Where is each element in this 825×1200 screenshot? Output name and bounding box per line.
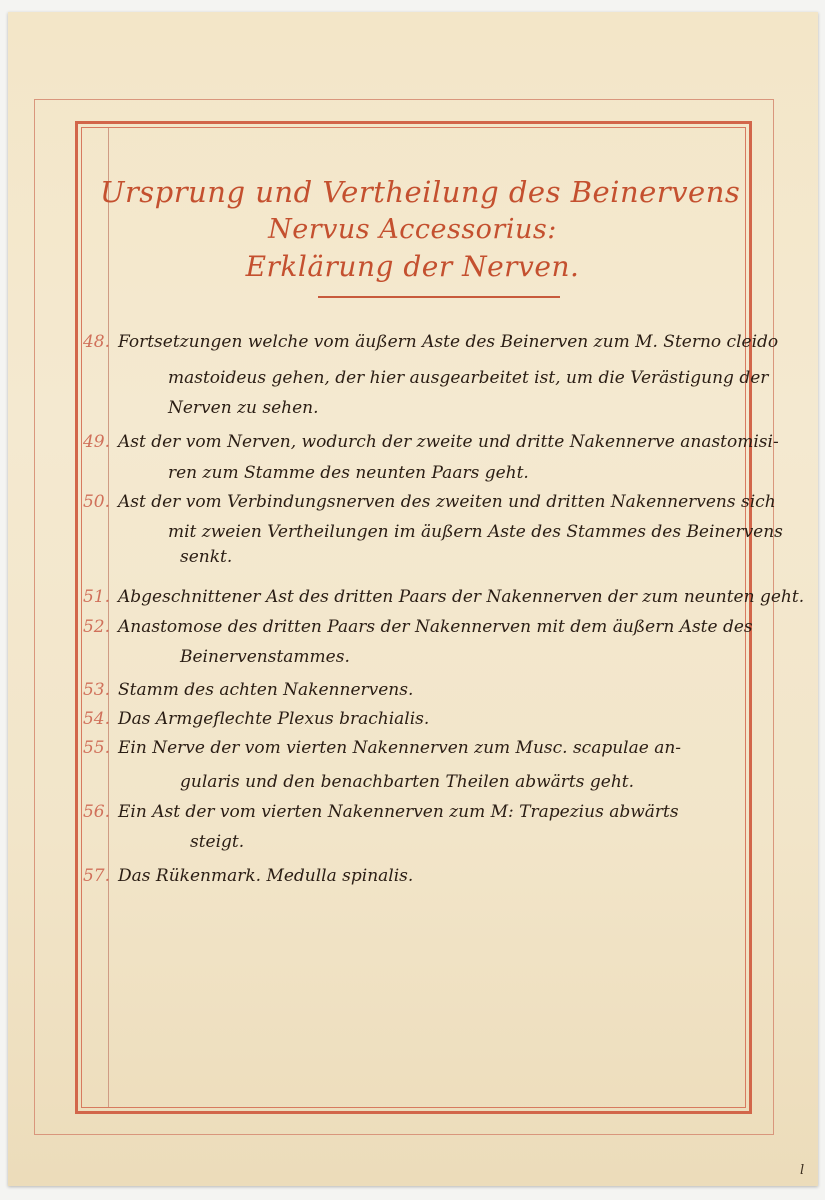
- entry-text: ren zum Stamme des neunten Paars geht.: [168, 463, 529, 483]
- entry-text: Fortsetzungen welche vom äußern Aste des…: [118, 332, 778, 352]
- entry-text: Ast der vom Nerven, wodurch der zweite u…: [118, 432, 779, 452]
- entry-text: Beinervenstammes.: [180, 647, 350, 667]
- entry-number: 56.: [82, 802, 110, 822]
- entry-text: Das Rükenmark. Medulla spinalis.: [118, 866, 413, 886]
- title-line-1: Ursprung und Vertheilung des Beinervens: [100, 175, 725, 209]
- entry-text: Stamm des achten Nakennervens.: [118, 680, 413, 700]
- title-underline: [318, 296, 560, 298]
- entry-text: steigt.: [190, 832, 244, 852]
- entry-text: mastoideus gehen, der hier ausgearbeitet…: [168, 368, 768, 388]
- title-line-2: Nervus Accessorius:: [100, 214, 725, 245]
- entry-text: mit zweien Vertheilungen im äußern Aste …: [168, 522, 783, 542]
- entry-number: 48.: [82, 332, 110, 352]
- entry-number: 49.: [82, 432, 110, 452]
- entry-number: 50.: [82, 492, 110, 512]
- entry-text: Anastomose des dritten Paars der Nakenne…: [118, 617, 753, 637]
- entry-text: gularis und den benachbarten Theilen abw…: [180, 772, 634, 792]
- entry-text: Ein Ast der vom vierten Nakennerven zum …: [118, 802, 679, 822]
- title-line-3: Erklärung der Nerven.: [100, 250, 725, 283]
- entry-text: senkt.: [180, 547, 232, 567]
- entry-number: 54.: [82, 709, 110, 729]
- folio-mark: l: [800, 1163, 804, 1178]
- entry-number: 55.: [82, 738, 110, 758]
- entry-number: 57.: [82, 866, 110, 886]
- entry-text: Ast der vom Verbindungsnerven des zweite…: [118, 492, 776, 512]
- entry-text: Das Armgeflechte Plexus brachialis.: [118, 709, 429, 729]
- entry-text: Ein Nerve der vom vierten Nakennerven zu…: [118, 738, 681, 758]
- entry-number: 51.: [82, 587, 110, 607]
- entry-text: Abgeschnittener Ast des dritten Paars de…: [118, 587, 804, 607]
- entry-text: Nerven zu sehen.: [168, 398, 319, 418]
- entry-number: 53.: [82, 680, 110, 700]
- entry-number: 52.: [82, 617, 110, 637]
